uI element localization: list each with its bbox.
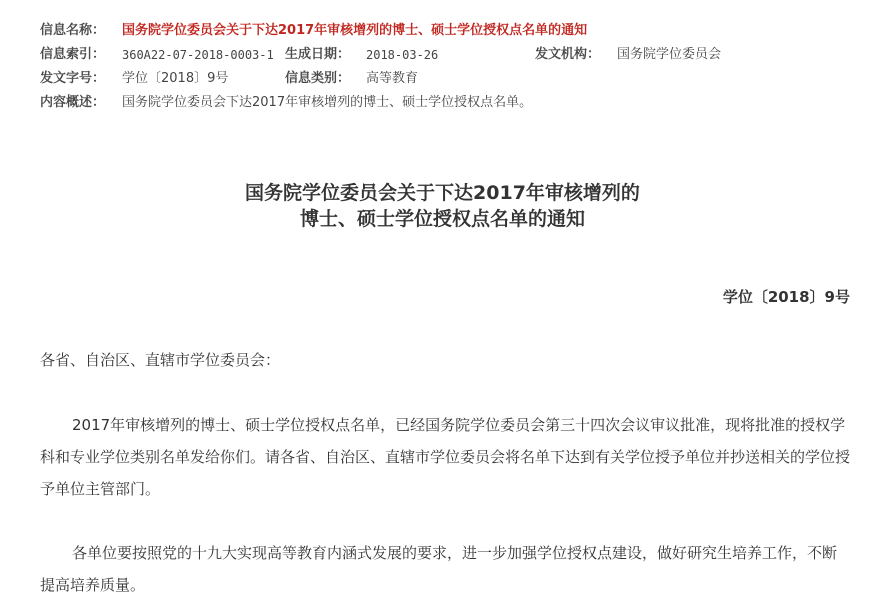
- title-label: 信息名称：: [40, 19, 105, 43]
- meta-row-index: 信息索引： 360A22-07-2018-0003-1 生成日期： 2018-0…: [40, 43, 870, 67]
- paragraph-2: 各单位要按照党的十九大实现高等教育内涵式发展的要求，进一步加强学位授权点建设，做…: [40, 537, 850, 600]
- title-line-1: 国务院学位委员会关于下达2017年审核增列的: [0, 180, 885, 206]
- meta-row-summary: 内容概述： 国务院学位委员会下达2017年审核增列的博士、硕士学位授权点名单。: [40, 91, 870, 115]
- meta-row-title: 信息名称： 国务院学位委员会关于下达2017年审核增列的博士、硕士学位授权点名单…: [40, 19, 870, 43]
- title-value: 国务院学位委员会关于下达2017年审核增列的博士、硕士学位授权点名单的通知: [122, 19, 587, 43]
- docno-value: 学位〔2018〕9号: [122, 67, 228, 91]
- title-line-2: 博士、硕士学位授权点名单的通知: [0, 206, 885, 232]
- document-metadata: 信息名称： 国务院学位委员会关于下达2017年审核增列的博士、硕士学位授权点名单…: [40, 19, 870, 115]
- date-label: 生成日期：: [285, 43, 350, 67]
- category-value: 高等教育: [366, 67, 418, 91]
- summary-value: 国务院学位委员会下达2017年审核增列的博士、硕士学位授权点名单。: [122, 91, 532, 115]
- date-value: 2018-03-26: [366, 43, 438, 67]
- summary-label: 内容概述：: [40, 91, 105, 115]
- salutation: 各省、自治区、直辖市学位委员会：: [40, 344, 850, 376]
- index-value: 360A22-07-2018-0003-1: [122, 43, 274, 67]
- document-title: 国务院学位委员会关于下达2017年审核增列的 博士、硕士学位授权点名单的通知: [0, 180, 885, 232]
- document-number: 学位〔2018〕9号: [723, 286, 850, 307]
- index-label: 信息索引：: [40, 43, 105, 67]
- meta-row-docno: 发文字号： 学位〔2018〕9号 信息类别： 高等教育: [40, 67, 870, 91]
- issuer-value: 国务院学位委员会: [617, 43, 721, 67]
- issuer-label: 发文机构：: [535, 43, 600, 67]
- paragraph-1: 2017年审核增列的博士、硕士学位授权点名单，已经国务院学位委员会第三十四次会议…: [40, 409, 850, 505]
- category-label: 信息类别：: [285, 67, 350, 91]
- docno-label: 发文字号：: [40, 67, 105, 91]
